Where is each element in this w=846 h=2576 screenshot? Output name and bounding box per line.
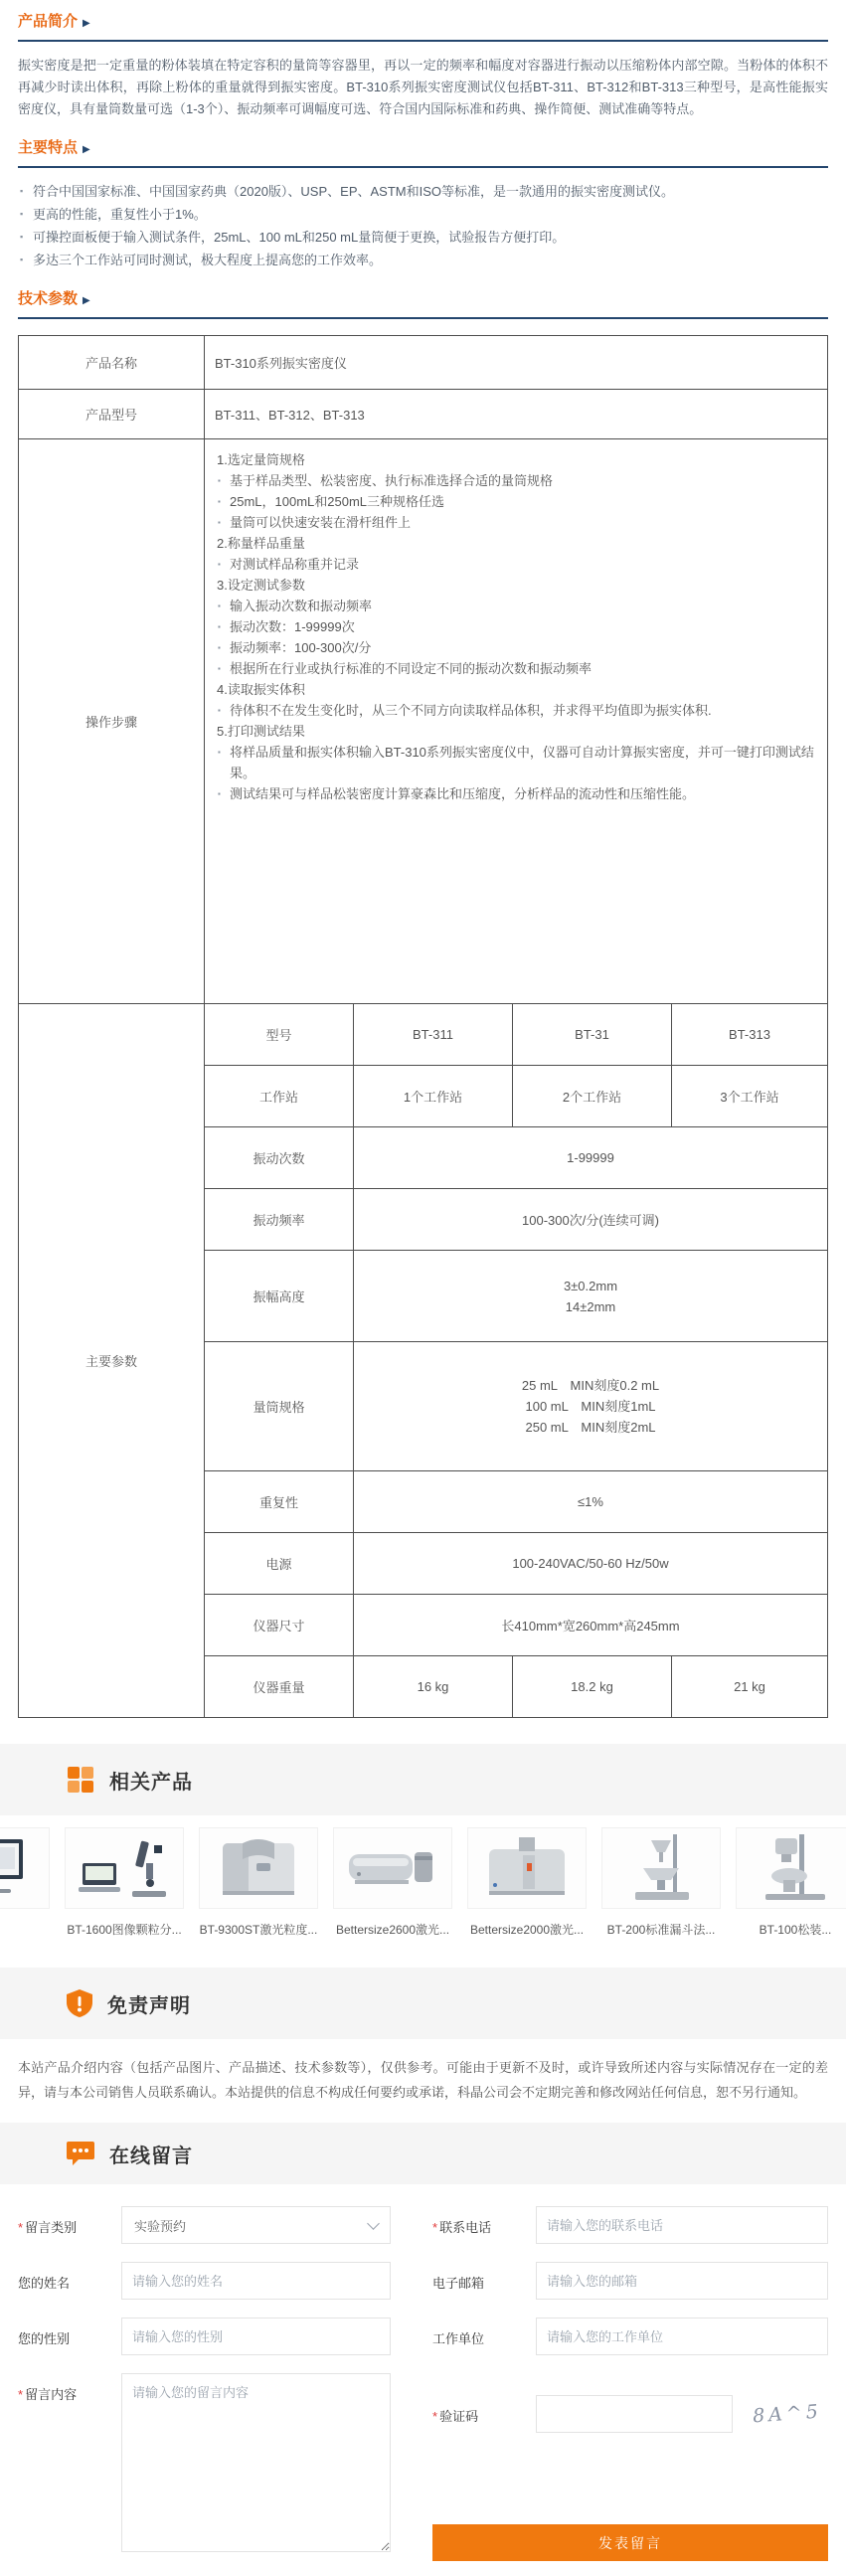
intro-paragraph: 振实密度是把一定重量的粉体装填在特定容积的量筒等容器里，再以一定的频率和幅度对容…: [18, 55, 828, 120]
content-label: *留言内容: [18, 2373, 121, 2552]
param-label-cylinder: 量筒规格: [205, 1342, 354, 1471]
related-product-card[interactable]: BT-1600图像颗粒分...: [65, 1827, 184, 1938]
cylinder-line3: 250 mL MIN刻度2mL: [360, 1417, 821, 1438]
step-line: 振动次数：1-99999次: [217, 616, 815, 637]
carousel-track: 度... BT-1600图像颗粒分... BT-9300ST激光粒度... Be…: [0, 1827, 846, 1938]
chevron-down-icon: [367, 2217, 380, 2230]
step-line: 1.选定量筒规格: [217, 449, 815, 470]
param-model-col3: BT-313: [672, 1004, 828, 1066]
related-product-name: Bettersize2000激光...: [467, 1921, 587, 1938]
related-product-name: BT-1600图像颗粒分...: [65, 1921, 184, 1938]
step-line: 根据所在行业或执行标准的不同设定不同的振动次数和振动频率: [217, 658, 815, 679]
param-station-col2: 2个工作站: [513, 1066, 672, 1127]
feature-item: 更高的性能，重复性小于1%。: [18, 203, 828, 226]
param-label-station: 工作站: [205, 1066, 354, 1127]
step-line: 5.打印测试结果: [217, 721, 815, 742]
required-mark: *: [432, 2409, 437, 2424]
step-line: 4.读取振实体积: [217, 679, 815, 700]
related-product-card[interactable]: BT-200标准漏斗法...: [601, 1827, 721, 1938]
param-station-col3: 3个工作站: [672, 1066, 828, 1127]
related-product-name: Bettersize2600激光...: [333, 1921, 452, 1938]
spec-label-product-model: 产品型号: [19, 390, 205, 439]
section-header-intro: 产品简介▶: [18, 10, 828, 42]
field-captcha: *验证码 8A^5: [432, 2395, 828, 2433]
grid-icon: [66, 1765, 95, 1795]
spec-value-product-model: BT-311、BT-312、BT-313: [205, 390, 828, 439]
step-line: 2.称量样品重量: [217, 533, 815, 554]
disclaimer-text: 本站产品介绍内容（包括产品图片、产品描述、技术参数等），仅供参考。可能由于更新不…: [18, 2055, 828, 2105]
message-form: *留言类别 实验预约 您的姓名 您的性别 *留言内容 *联系电话: [18, 2206, 828, 2570]
spec-table: 产品名称 BT-310系列振实密度仪 产品型号 BT-311、BT-312、BT…: [18, 335, 828, 1718]
field-company: 工作单位: [432, 2318, 828, 2355]
phone-input[interactable]: [536, 2206, 828, 2244]
spec-label-product-name: 产品名称: [19, 336, 205, 390]
section-title-intro: 产品简介: [18, 13, 78, 30]
param-model-col1: BT-311: [354, 1004, 513, 1066]
section-title-specs: 技术参数: [18, 290, 78, 307]
captcha-input[interactable]: [536, 2395, 733, 2433]
section-arrow-icon: ▶: [83, 295, 90, 306]
amp-height-line1: 3±0.2mm: [360, 1276, 821, 1296]
field-gender: 您的性别: [18, 2318, 391, 2355]
param-weight-col3: 21 kg: [672, 1656, 828, 1718]
chat-bubble-icon: [66, 2140, 95, 2167]
related-products-header: 相关产品: [0, 1744, 846, 1815]
gender-label: 您的性别: [18, 2318, 121, 2355]
spec-label-main-params: 主要参数: [19, 1004, 205, 1718]
step-line: 对测试样品称重并记录: [217, 554, 815, 575]
param-label-vib-freq: 振动频率: [205, 1189, 354, 1251]
phone-label: *联系电话: [432, 2206, 536, 2244]
spec-label-steps: 操作步骤: [19, 439, 205, 1004]
related-product-name: BT-100松装...: [736, 1921, 846, 1938]
name-label: 您的姓名: [18, 2262, 121, 2300]
related-product-name: BT-9300ST激光粒度...: [199, 1921, 318, 1938]
section-arrow-icon: ▶: [83, 18, 90, 29]
section-header-features: 主要特点▶: [18, 136, 828, 168]
amp-height-line2: 14±2mm: [360, 1296, 821, 1317]
related-product-card[interactable]: Bettersize2000激光...: [467, 1827, 587, 1938]
feature-list: 符合中国国家标准、中国国家药典（2020版）、USP、EP、ASTM和ISO等标…: [18, 180, 828, 271]
analyzer-compact-image: [333, 1827, 452, 1909]
message-header: 在线留言: [0, 2123, 846, 2184]
company-label: 工作单位: [432, 2318, 536, 2355]
step-line: 基于样品类型、松装密度、执行标准选择合适的量筒规格: [217, 470, 815, 491]
step-line: 将样品质量和振实体积输入BT-310系列振实密度仪中，仪器可自动计算振实密度，并…: [217, 742, 815, 783]
disclaimer-title: 免责声明: [107, 1989, 191, 2018]
param-label-vib-count: 振动次数: [205, 1127, 354, 1189]
category-label: *留言类别: [18, 2206, 121, 2244]
form-right-column: *联系电话 电子邮箱 工作单位 *验证码 8A^5 发表留言: [432, 2206, 828, 2570]
page: 产品简介▶ 振实密度是把一定重量的粉体装填在特定容积的量筒等容器里，再以一定的频…: [0, 0, 846, 2576]
required-mark: *: [18, 2220, 23, 2235]
captcha-label: *验证码: [432, 2395, 536, 2433]
step-line: 输入振动次数和振动频率: [217, 596, 815, 616]
section-arrow-icon: ▶: [83, 144, 90, 155]
density-stand-image: [736, 1827, 846, 1909]
table-row: 产品名称 BT-310系列振实密度仪: [19, 336, 828, 390]
category-select[interactable]: 实验预约: [121, 2206, 391, 2244]
section-title-features: 主要特点: [18, 139, 78, 156]
name-input[interactable]: [121, 2262, 391, 2300]
required-mark: *: [18, 2387, 23, 2402]
related-product-card[interactable]: 度...: [0, 1827, 50, 1938]
field-email: 电子邮箱: [432, 2262, 828, 2300]
field-content: *留言内容: [18, 2373, 391, 2552]
spec-value-product-name: BT-310系列振实密度仪: [205, 336, 828, 390]
related-product-name: BT-200标准漏斗法...: [601, 1921, 721, 1938]
related-product-card[interactable]: Bettersize2600激光...: [333, 1827, 452, 1938]
email-input[interactable]: [536, 2262, 828, 2300]
related-product-card[interactable]: BT-100松装...: [736, 1827, 846, 1938]
step-line: 3.设定测试参数: [217, 575, 815, 596]
field-phone: *联系电话: [432, 2206, 828, 2244]
param-amp-height-value: 3±0.2mm 14±2mm: [354, 1251, 828, 1342]
table-row: 操作步骤 1.选定量筒规格 基于样品类型、松装密度、执行标准选择合适的量筒规格 …: [19, 439, 828, 1004]
param-power-value: 100-240VAC/50-60 Hz/50w: [354, 1533, 828, 1595]
microscope-image: [65, 1827, 184, 1909]
step-line: 待体积不在发生变化时，从三个不同方向读取样品体积，并求得平均值即为振实体积.: [217, 700, 815, 721]
message-title: 在线留言: [109, 2140, 193, 2168]
related-products-title: 相关产品: [109, 1766, 193, 1795]
param-label-size: 仪器尺寸: [205, 1595, 354, 1656]
shield-icon: [66, 1988, 93, 2018]
step-line: 量筒可以快速安装在滑杆组件上: [217, 512, 815, 533]
funnel-stand-image: [601, 1827, 721, 1909]
param-cylinder-value: 25 mL MIN刻度0.2 mL 100 mL MIN刻度1mL 250 mL…: [354, 1342, 828, 1471]
table-row: 主要参数 型号 BT-311 BT-31 BT-313: [19, 1004, 828, 1066]
related-product-card[interactable]: BT-9300ST激光粒度...: [199, 1827, 318, 1938]
feature-item: 多达三个工作站可同时测试，极大程度上提高您的工作效率。: [18, 249, 828, 271]
field-name: 您的姓名: [18, 2262, 391, 2300]
monitor-analyzer-image: [0, 1827, 50, 1909]
param-label-model: 型号: [205, 1004, 354, 1066]
param-label-weight: 仪器重量: [205, 1656, 354, 1718]
param-weight-col1: 16 kg: [354, 1656, 513, 1718]
feature-item: 可操控面板便于输入测试条件，25mL、100 mL和250 mL量筒便于更换，试…: [18, 226, 828, 249]
captcha-image[interactable]: 8A^5: [746, 2392, 829, 2436]
param-repeatability-value: ≤1%: [354, 1471, 828, 1533]
param-label-power: 电源: [205, 1533, 354, 1595]
company-input[interactable]: [536, 2318, 828, 2355]
param-weight-col2: 18.2 kg: [513, 1656, 672, 1718]
param-vib-freq-value: 100-300次/分(连续可调): [354, 1189, 828, 1251]
step-line: 振动频率：100-300次/分: [217, 637, 815, 658]
form-left-column: *留言类别 实验预约 您的姓名 您的性别 *留言内容: [18, 2206, 391, 2570]
disclaimer-header: 免责声明: [0, 1968, 846, 2039]
email-label: 电子邮箱: [432, 2262, 536, 2300]
param-label-repeatability: 重复性: [205, 1471, 354, 1533]
analyzer-cabinet-image: [467, 1827, 587, 1909]
section-header-specs: 技术参数▶: [18, 287, 828, 319]
cylinder-line1: 25 mL MIN刻度0.2 mL: [360, 1375, 821, 1396]
feature-item: 符合中国国家标准、中国国家药典（2020版）、USP、EP、ASTM和ISO等标…: [18, 180, 828, 203]
param-vib-count-value: 1-99999: [354, 1127, 828, 1189]
required-mark: *: [432, 2220, 437, 2235]
analyzer-cabinet-image: [199, 1827, 318, 1909]
related-product-name: 度...: [0, 1921, 50, 1938]
content-textarea[interactable]: [121, 2373, 391, 2552]
cylinder-line2: 100 mL MIN刻度1mL: [360, 1396, 821, 1417]
step-line: 测试结果可与样品松装密度计算豪森比和压缩度，分析样品的流动性和压缩性能。: [217, 783, 815, 804]
step-line: 25mL，100mL和250mL三种规格任选: [217, 491, 815, 512]
param-model-col2: BT-31: [513, 1004, 672, 1066]
submit-button[interactable]: 发表留言: [432, 2524, 828, 2561]
spec-value-steps: 1.选定量筒规格 基于样品类型、松装密度、执行标准选择合适的量筒规格 25mL，…: [205, 439, 828, 1004]
field-category: *留言类别 实验预约: [18, 2206, 391, 2244]
param-size-value: 长410mm*宽260mm*高245mm: [354, 1595, 828, 1656]
param-label-amp-height: 振幅高度: [205, 1251, 354, 1342]
param-station-col1: 1个工作站: [354, 1066, 513, 1127]
category-selected-value: 实验预约: [134, 2216, 186, 2235]
related-products-carousel[interactable]: 度... BT-1600图像颗粒分... BT-9300ST激光粒度... Be…: [0, 1827, 846, 1938]
gender-input[interactable]: [121, 2318, 391, 2355]
table-row: 产品型号 BT-311、BT-312、BT-313: [19, 390, 828, 439]
